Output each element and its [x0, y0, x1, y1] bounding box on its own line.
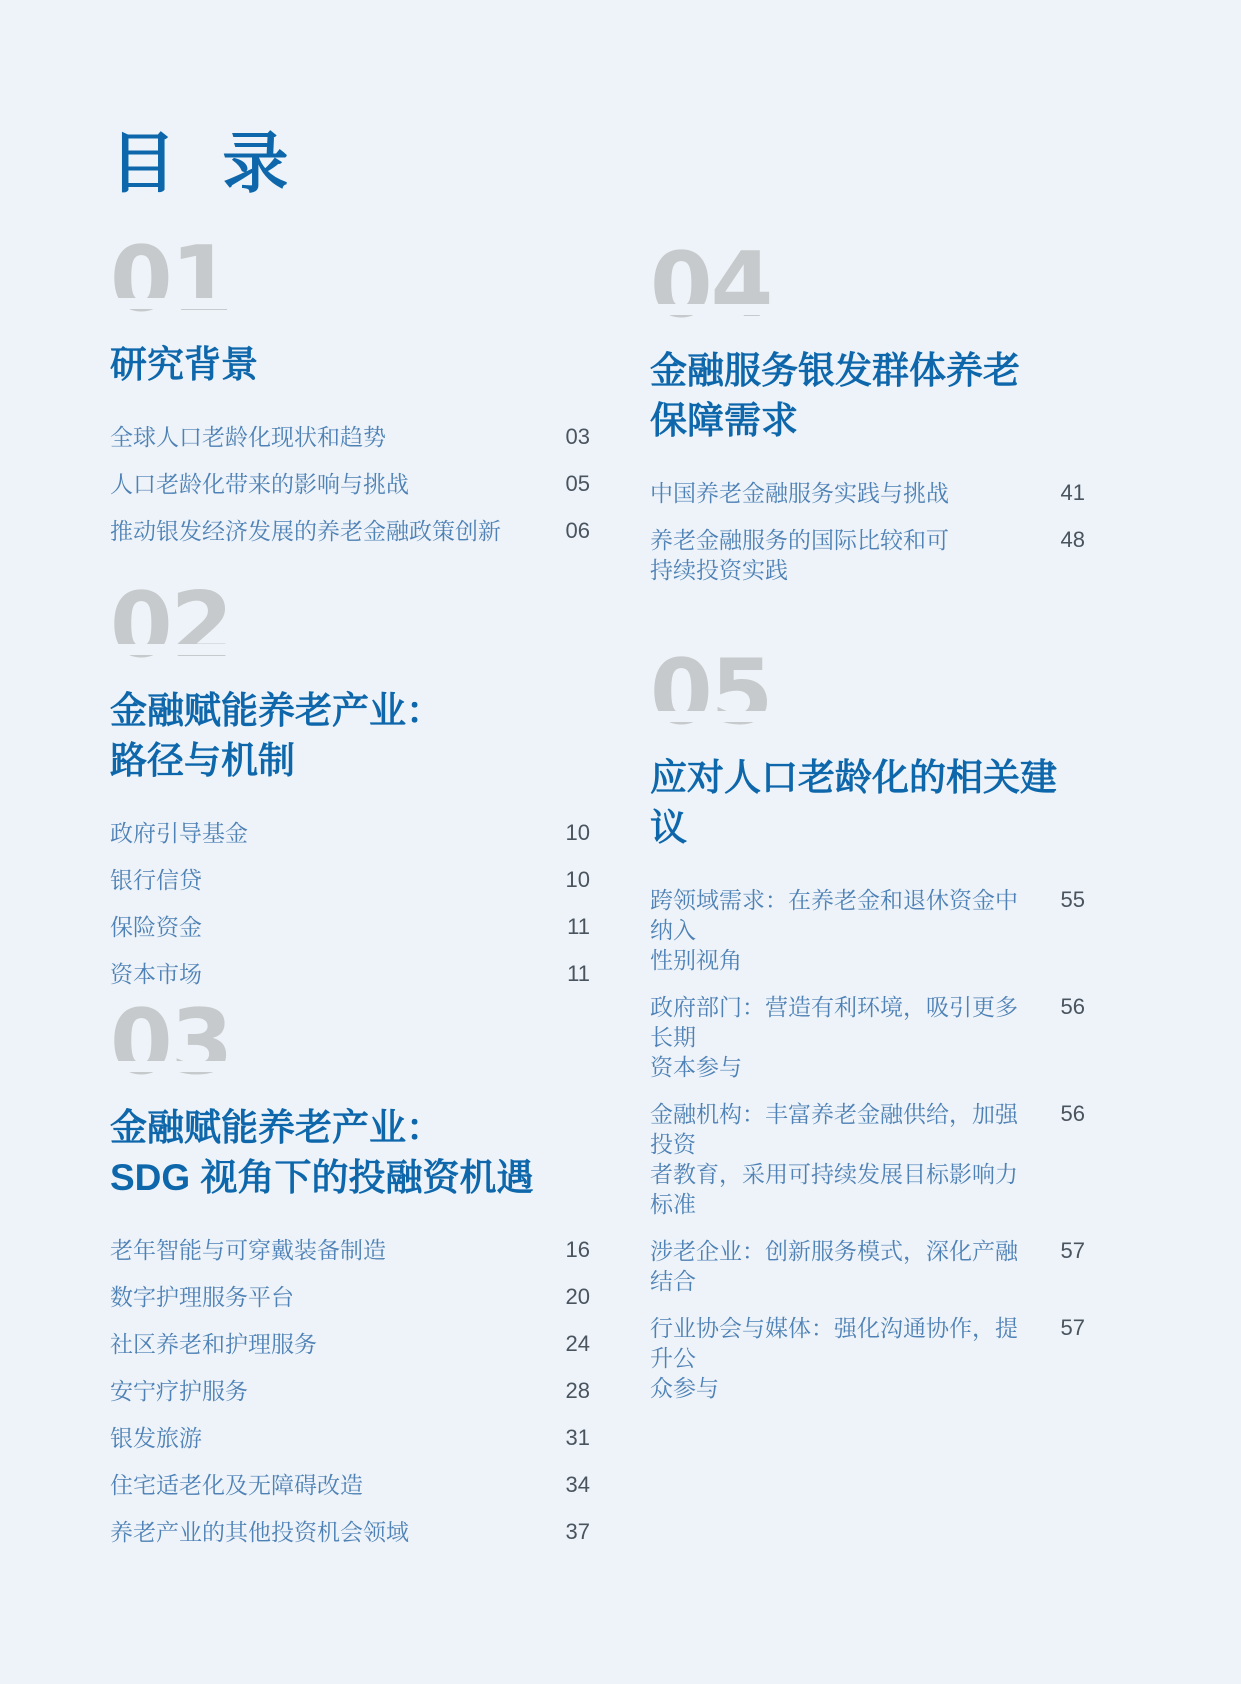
toc-item[interactable]: 社区养老和护理服务 24: [110, 1329, 590, 1359]
toc-item-page: 55: [1061, 885, 1085, 915]
left-column: 01 研究背景 全球人口老龄化现状和趋势 03 人口老龄化带来的影响与挑战 05…: [110, 244, 590, 1547]
toc-item-page: 05: [566, 469, 590, 499]
toc-columns: 01 研究背景 全球人口老龄化现状和趋势 03 人口老龄化带来的影响与挑战 05…: [110, 244, 1241, 1547]
toc-item[interactable]: 保险资金 11: [110, 912, 590, 942]
section-title: 金融服务银发群体养老 保障需求: [650, 346, 1085, 446]
toc-item[interactable]: 行业协会与媒体：强化沟通协作，提升公 众参与 57: [650, 1313, 1085, 1403]
toc-section-02: 02 金融赋能养老产业： 路径与机制 政府引导基金 10 银行信贷 10 保险资…: [110, 590, 590, 989]
toc-item-page: 11: [567, 912, 590, 942]
toc-item-page: 11: [567, 959, 590, 989]
toc-section-05: 05 应对人口老龄化的相关建议 跨领域需求：在养老金和退休资金中纳入 性别视角 …: [650, 657, 1085, 1403]
toc-item-label: 住宅适老化及无障碍改造: [110, 1470, 363, 1500]
section-title: 金融赋能养老产业： SDG 视角下的投融资机遇: [110, 1103, 590, 1203]
toc-item-page: 57: [1061, 1313, 1085, 1343]
page-title: 目 录: [110, 130, 1241, 196]
section-title: 研究背景: [110, 340, 590, 390]
toc-item[interactable]: 跨领域需求：在养老金和退休资金中纳入 性别视角 55: [650, 885, 1085, 975]
toc-item-page: 41: [1061, 478, 1085, 508]
toc-item-label: 老年智能与可穿戴装备制造: [110, 1235, 386, 1265]
toc-item-label: 安宁疗护服务: [110, 1376, 248, 1406]
toc-item-label: 金融机构：丰富养老金融供给，加强投资 者教育，采用可持续发展目标影响力标准: [650, 1099, 1037, 1219]
toc-item[interactable]: 资本市场 11: [110, 959, 590, 989]
section-number: 04: [650, 250, 771, 322]
toc-item-label: 推动银发经济发展的养老金融政策创新: [110, 516, 501, 546]
toc-item-page: 48: [1061, 525, 1085, 555]
toc-item[interactable]: 养老产业的其他投资机会领域 37: [110, 1517, 590, 1547]
section-items: 中国养老金融服务实践与挑战 41 养老金融服务的国际比较和可 持续投资实践 48: [650, 478, 1085, 585]
toc-section-01: 01 研究背景 全球人口老龄化现状和趋势 03 人口老龄化带来的影响与挑战 05…: [110, 244, 590, 546]
toc-item-label: 人口老龄化带来的影响与挑战: [110, 469, 409, 499]
toc-item[interactable]: 养老金融服务的国际比较和可 持续投资实践 48: [650, 525, 1085, 585]
section-number: 01: [110, 244, 231, 316]
section-items: 全球人口老龄化现状和趋势 03 人口老龄化带来的影响与挑战 05 推动银发经济发…: [110, 422, 590, 546]
toc-item[interactable]: 涉老企业：创新服务模式，深化产融结合 57: [650, 1236, 1085, 1296]
section-number: 05: [650, 657, 771, 729]
toc-page: 目 录 01 研究背景 全球人口老龄化现状和趋势 03 人口老龄化带来的影响与挑…: [0, 0, 1241, 1684]
toc-item-label: 政府引导基金: [110, 818, 248, 848]
toc-item[interactable]: 数字护理服务平台 20: [110, 1282, 590, 1312]
toc-item-label: 养老金融服务的国际比较和可 持续投资实践: [650, 525, 949, 585]
section-items: 老年智能与可穿戴装备制造 16 数字护理服务平台 20 社区养老和护理服务 24…: [110, 1235, 590, 1547]
toc-item[interactable]: 银发旅游 31: [110, 1423, 590, 1453]
toc-item-label: 涉老企业：创新服务模式，深化产融结合: [650, 1236, 1037, 1296]
toc-item[interactable]: 银行信贷 10: [110, 865, 590, 895]
toc-item[interactable]: 推动银发经济发展的养老金融政策创新 06: [110, 516, 590, 546]
section-number: 03: [110, 1007, 231, 1079]
toc-item-page: 37: [566, 1517, 590, 1547]
toc-section-04: 04 金融服务银发群体养老 保障需求 中国养老金融服务实践与挑战 41 养老金融…: [650, 250, 1085, 585]
section-items: 跨领域需求：在养老金和退休资金中纳入 性别视角 55 政府部门：营造有利环境，吸…: [650, 885, 1085, 1403]
toc-item-label: 跨领域需求：在养老金和退休资金中纳入 性别视角: [650, 885, 1037, 975]
toc-item-label: 保险资金: [110, 912, 202, 942]
toc-section-03: 03 金融赋能养老产业： SDG 视角下的投融资机遇 老年智能与可穿戴装备制造 …: [110, 1007, 590, 1547]
toc-item[interactable]: 金融机构：丰富养老金融供给，加强投资 者教育，采用可持续发展目标影响力标准 56: [650, 1099, 1085, 1219]
toc-item[interactable]: 政府部门：营造有利环境，吸引更多长期 资本参与 56: [650, 992, 1085, 1082]
section-title: 金融赋能养老产业： 路径与机制: [110, 686, 590, 786]
toc-item-page: 31: [566, 1423, 590, 1453]
toc-item-label: 银发旅游: [110, 1423, 202, 1453]
toc-item-label: 中国养老金融服务实践与挑战: [650, 478, 949, 508]
toc-item-label: 资本市场: [110, 959, 202, 989]
toc-item-page: 16: [566, 1235, 590, 1265]
toc-item[interactable]: 全球人口老龄化现状和趋势 03: [110, 422, 590, 452]
toc-item-label: 数字护理服务平台: [110, 1282, 294, 1312]
toc-item-page: 34: [566, 1470, 590, 1500]
toc-item-label: 银行信贷: [110, 865, 202, 895]
toc-item-page: 56: [1061, 1099, 1085, 1129]
toc-item-page: 28: [566, 1376, 590, 1406]
toc-item[interactable]: 老年智能与可穿戴装备制造 16: [110, 1235, 590, 1265]
right-column: 04 金融服务银发群体养老 保障需求 中国养老金融服务实践与挑战 41 养老金融…: [650, 244, 1085, 1403]
toc-item-label: 养老产业的其他投资机会领域: [110, 1517, 409, 1547]
toc-item-page: 57: [1061, 1236, 1085, 1266]
toc-item[interactable]: 中国养老金融服务实践与挑战 41: [650, 478, 1085, 508]
section-number: 02: [110, 590, 231, 662]
toc-item[interactable]: 人口老龄化带来的影响与挑战 05: [110, 469, 590, 499]
toc-item[interactable]: 政府引导基金 10: [110, 818, 590, 848]
toc-item-label: 行业协会与媒体：强化沟通协作，提升公 众参与: [650, 1313, 1037, 1403]
toc-item-page: 24: [566, 1329, 590, 1359]
toc-item-label: 全球人口老龄化现状和趋势: [110, 422, 386, 452]
toc-item-label: 社区养老和护理服务: [110, 1329, 317, 1359]
toc-item[interactable]: 安宁疗护服务 28: [110, 1376, 590, 1406]
toc-item-page: 06: [566, 516, 590, 546]
toc-item-page: 56: [1061, 992, 1085, 1022]
toc-item-page: 03: [566, 422, 590, 452]
toc-item[interactable]: 住宅适老化及无障碍改造 34: [110, 1470, 590, 1500]
toc-item-page: 10: [566, 865, 590, 895]
toc-item-label: 政府部门：营造有利环境，吸引更多长期 资本参与: [650, 992, 1037, 1082]
toc-item-page: 20: [566, 1282, 590, 1312]
section-items: 政府引导基金 10 银行信贷 10 保险资金 11 资本市场 11: [110, 818, 590, 989]
section-title: 应对人口老龄化的相关建议: [650, 753, 1085, 853]
toc-item-page: 10: [566, 818, 590, 848]
